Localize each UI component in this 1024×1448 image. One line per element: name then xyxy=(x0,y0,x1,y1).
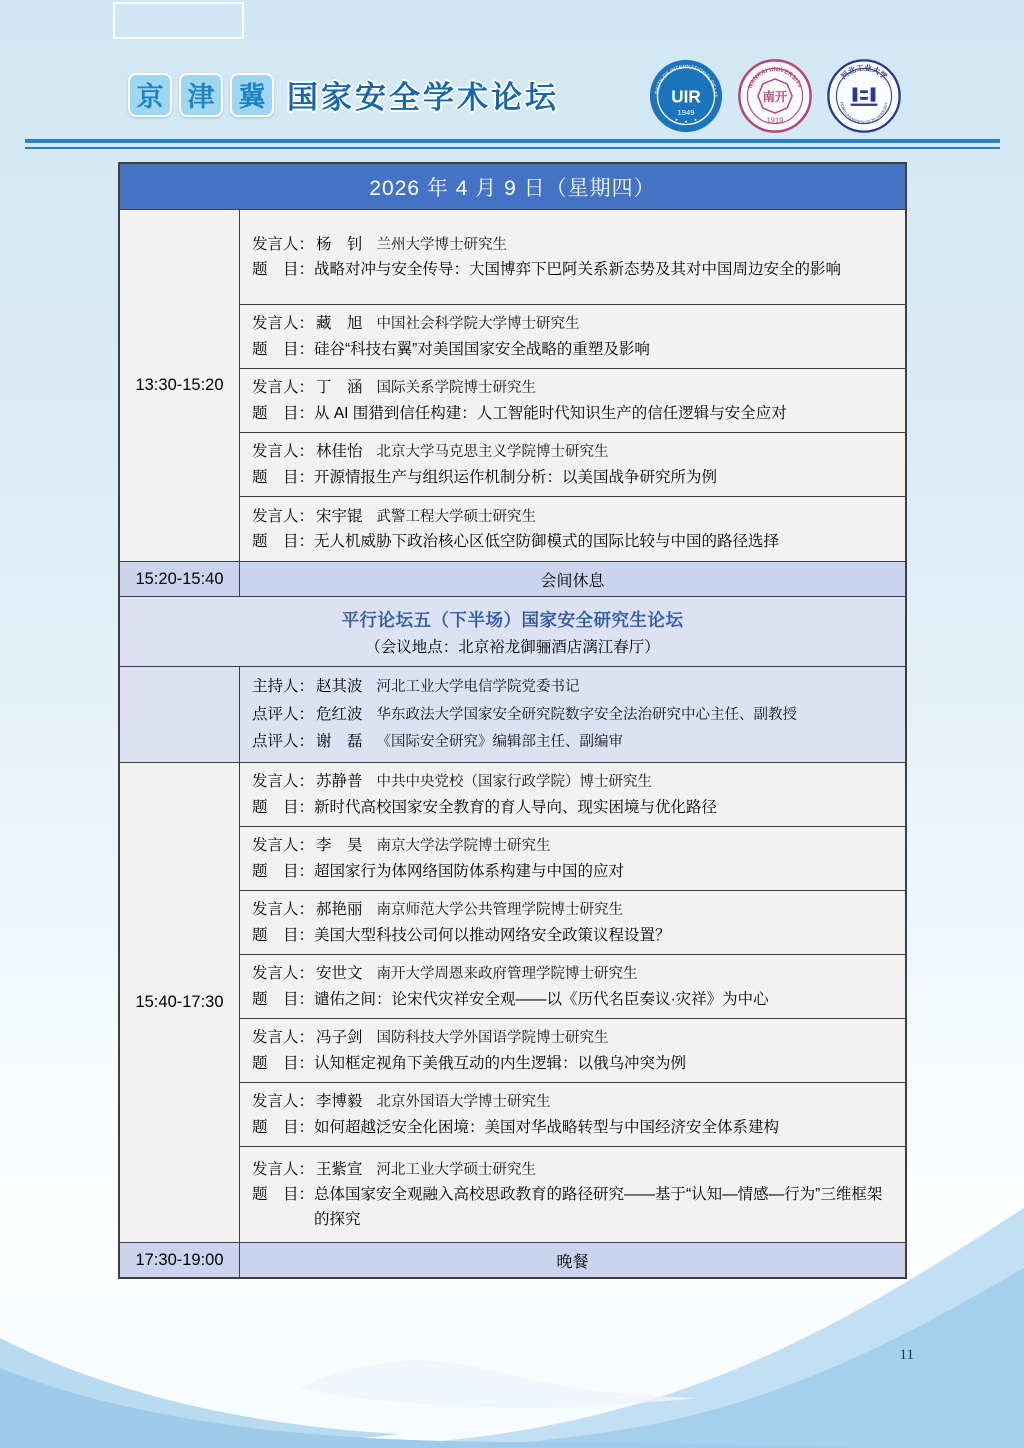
speaker-name: 冯子剑 xyxy=(316,1025,363,1050)
topic-label: 题 目： xyxy=(252,1115,314,1140)
topic-label: 题 目： xyxy=(252,257,314,282)
agenda-table: 2026 年 4 月 9 日（星期四） 13:30-15:20 发言人： 杨 钊… xyxy=(118,162,907,1279)
panel-row: 点评人： 谢 磊 《国际安全研究》编辑部主任、副编审 xyxy=(252,728,895,756)
speaker-name: 宋宇锟 xyxy=(316,504,363,529)
speaker-label: 发言人： xyxy=(252,769,314,794)
speaker-row: 发言人： 藏 旭 中国社会科学院大学博士研究生 题 目： 硅谷“科技右翼”对美国… xyxy=(240,305,905,369)
topic-text: 开源情报生产与组织运作机制分析：以美国战争研究所为例 xyxy=(314,465,895,490)
commentator-label: 点评人： xyxy=(252,701,314,729)
topic-label: 题 目： xyxy=(252,465,314,490)
speaker-label: 发言人： xyxy=(252,504,314,529)
program-page: 京 津 冀 国家安全学术论坛 UNIVERSITY OF INTERNATION… xyxy=(0,0,1024,1448)
svg-text:1949: 1949 xyxy=(678,108,695,117)
topic-text: 无人机威胁下政治核心区低空防御模式的国际比较与中国的路径选择 xyxy=(314,529,895,554)
host-affiliation: 河北工业大学电信学院党委书记 xyxy=(377,675,580,701)
commentator-name: 危红波 xyxy=(316,701,363,729)
speaker-affiliation: 中共中央党校（国家行政学院）博士研究生 xyxy=(377,771,653,794)
speaker-label: 发言人： xyxy=(252,375,314,400)
speaker-affiliation: 河北工业大学硕士研究生 xyxy=(377,1159,537,1182)
nankai-logo-icon: NANKAI UNIVERSITY 南开 1919 xyxy=(737,58,813,134)
panel-row: 主持人： 赵其波 河北工业大学电信学院党委书记 xyxy=(252,673,895,701)
speaker-label: 发言人： xyxy=(252,1157,314,1182)
speaker-row: 发言人： 郝艳丽 南京师范大学公共管理学院博士研究生 题 目： 美国大型科技公司… xyxy=(240,891,905,955)
topic-text: 美国大型科技公司何以推动网络安全政策议程设置？ xyxy=(314,923,895,948)
speaker-row: 发言人： 安世文 南开大学周恩来政府管理学院博士研究生 题 目： 谴佑之间：论宋… xyxy=(240,955,905,1019)
top-corner-box xyxy=(113,2,244,39)
break-row: 15:20-15:40 会间休息 xyxy=(120,562,905,597)
topic-label: 题 目： xyxy=(252,923,314,948)
topic-label: 题 目： xyxy=(252,987,314,1012)
speaker-row: 发言人： 宋宇锟 武警工程大学硕士研究生 题 目： 无人机威胁下政治核心区低空防… xyxy=(240,497,905,561)
speaker-label: 发言人： xyxy=(252,833,314,858)
panel-block: 主持人： 赵其波 河北工业大学电信学院党委书记 点评人： 危红波 华东政法大学国… xyxy=(120,667,905,763)
session1-time: 13:30-15:20 xyxy=(120,210,240,561)
brand-boxchar: 津 xyxy=(179,73,223,117)
speaker-affiliation: 武警工程大学硕士研究生 xyxy=(377,506,537,529)
speaker-label: 发言人： xyxy=(252,1025,314,1050)
topic-text: 硅谷“科技右翼”对美国国家安全战略的重塑及影响 xyxy=(314,337,895,362)
speaker-affiliation: 南京师范大学公共管理学院博士研究生 xyxy=(377,899,624,922)
speaker-label: 发言人： xyxy=(252,439,314,464)
forum-brand-logo: 京 津 冀 国家安全学术论坛 xyxy=(128,72,559,117)
speaker-name: 李博毅 xyxy=(316,1089,363,1114)
speaker-row: 发言人： 苏静普 中共中央党校（国家行政学院）博士研究生 题 目： 新时代高校国… xyxy=(240,763,905,827)
topic-label: 题 目： xyxy=(252,795,314,820)
speaker-row: 发言人： 冯子剑 国防科技大学外国语学院博士研究生 题 目： 认知框定视角下美俄… xyxy=(240,1019,905,1083)
svg-text:UIR: UIR xyxy=(671,88,700,107)
brand-boxchar: 京 xyxy=(128,73,172,117)
topic-text: 认知框定视角下美俄互动的内生逻辑：以俄乌冲突为例 xyxy=(314,1051,895,1076)
topic-text: 战略对冲与安全传导：大国博弈下巴阿关系新态势及其对中国周边安全的影响 xyxy=(314,257,895,282)
svg-text:南开: 南开 xyxy=(763,89,788,104)
forum-location: （会议地点：北京裕龙御骊酒店漓江春厅） xyxy=(365,635,660,657)
panel-row: 点评人： 危红波 华东政法大学国家安全研究院数字安全法治研究中心主任、副教授 xyxy=(252,701,895,729)
forum-title-row: 平行论坛五（下半场）国家安全研究生论坛 （会议地点：北京裕龙御骊酒店漓江春厅） xyxy=(120,597,905,667)
topic-text: 谴佑之间：论宋代灾祥安全观——以《历代名臣奏议·灾祥》为中心 xyxy=(314,987,895,1012)
uir-logo-icon: UNIVERSITY OF INTERNATIONAL RELATIONS UI… xyxy=(648,58,724,134)
speaker-row: 发言人： 李博毅 北京外国语大学博士研究生 题 目： 如何超越泛安全化困境：美国… xyxy=(240,1083,905,1147)
speaker-name: 李 昊 xyxy=(316,833,363,858)
speaker-label: 发言人： xyxy=(252,961,314,986)
session2-time: 15:40-17:30 xyxy=(120,763,240,1242)
panel-time-empty xyxy=(120,667,240,762)
commentator-affiliation: 华东政法大学国家安全研究院数字安全法治研究中心主任、副教授 xyxy=(377,703,798,729)
speaker-name: 苏静普 xyxy=(316,769,363,794)
speaker-row: 发言人： 李 昊 南京大学法学院博士研究生 题 目： 超国家行为体网络国防体系构… xyxy=(240,827,905,891)
session2-block: 15:40-17:30 发言人： 苏静普 中共中央党校（国家行政学院）博士研究生… xyxy=(120,763,905,1243)
commentator-label: 点评人： xyxy=(252,728,314,756)
speaker-name: 郝艳丽 xyxy=(316,897,363,922)
topic-label: 题 目： xyxy=(252,859,314,884)
speaker-label: 发言人： xyxy=(252,897,314,922)
host-label: 主持人： xyxy=(252,673,314,701)
speaker-affiliation: 中国社会科学院大学博士研究生 xyxy=(377,313,580,336)
break-time: 15:20-15:40 xyxy=(120,562,240,596)
topic-text: 如何超越泛安全化困境：美国对华战略转型与中国经济安全体系建构 xyxy=(314,1115,895,1140)
speaker-affiliation: 南开大学周恩来政府管理学院博士研究生 xyxy=(377,963,638,986)
topic-label: 题 目： xyxy=(252,1051,314,1076)
page-number: 11 xyxy=(900,1347,914,1364)
hebut-logo-icon: 河北工业大学 HEBEI UNIVERSITY OF TECHNOLOGY xyxy=(826,58,902,134)
topic-text: 新时代高校国家安全教育的育人导向、现实困境与优化路径 xyxy=(314,795,895,820)
topic-label: 题 目： xyxy=(252,337,314,362)
header-divider-rule xyxy=(25,139,1000,149)
speaker-label: 发言人： xyxy=(252,311,314,336)
speaker-name: 安世文 xyxy=(316,961,363,986)
speaker-name: 林佳怡 xyxy=(316,439,363,464)
speaker-row: 发言人： 杨 钊 兰州大学博士研究生 题 目： 战略对冲与安全传导：大国博弈下巴… xyxy=(240,210,905,305)
speaker-affiliation: 北京外国语大学博士研究生 xyxy=(377,1091,551,1114)
speaker-affiliation: 南京大学法学院博士研究生 xyxy=(377,835,551,858)
university-logos: UNIVERSITY OF INTERNATIONAL RELATIONS UI… xyxy=(648,58,902,134)
break-label: 会间休息 xyxy=(240,562,905,596)
forum-title: 平行论坛五（下半场）国家安全研究生论坛 xyxy=(342,607,684,632)
brand-text: 国家安全学术论坛 xyxy=(287,72,559,117)
speaker-name: 杨 钊 xyxy=(316,232,363,257)
speaker-name: 丁 涵 xyxy=(316,375,363,400)
brand-boxchar: 冀 xyxy=(230,73,274,117)
date-header: 2026 年 4 月 9 日（星期四） xyxy=(120,164,905,210)
speaker-row: 发言人： 丁 涵 国际关系学院博士研究生 题 目： 从 AI 围猎到信任构建：人… xyxy=(240,369,905,433)
commentator-name: 谢 磊 xyxy=(316,728,363,756)
topic-label: 题 目： xyxy=(252,529,314,554)
speaker-label: 发言人： xyxy=(252,232,314,257)
topic-text: 超国家行为体网络国防体系构建与中国的应对 xyxy=(314,859,895,884)
session1-block: 13:30-15:20 发言人： 杨 钊 兰州大学博士研究生 题 目： 战略对冲… xyxy=(120,210,905,562)
speaker-name: 藏 旭 xyxy=(316,311,363,336)
bottom-wave-decoration xyxy=(0,1198,1024,1448)
svg-text:1919: 1919 xyxy=(767,116,784,125)
speaker-label: 发言人： xyxy=(252,1089,314,1114)
topic-label: 题 目： xyxy=(252,401,314,426)
speaker-affiliation: 国际关系学院博士研究生 xyxy=(377,377,537,400)
topic-text: 从 AI 围猎到信任构建：人工智能时代知识生产的信任逻辑与安全应对 xyxy=(314,401,895,426)
speaker-name: 王紫宣 xyxy=(316,1157,363,1182)
host-name: 赵其波 xyxy=(316,673,363,701)
speaker-affiliation: 国防科技大学外国语学院博士研究生 xyxy=(377,1027,609,1050)
speaker-affiliation: 北京大学马克思主义学院博士研究生 xyxy=(377,441,609,464)
commentator-affiliation: 《国际安全研究》编辑部主任、副编审 xyxy=(377,730,624,756)
speaker-affiliation: 兰州大学博士研究生 xyxy=(377,234,508,257)
speaker-row: 发言人： 林佳怡 北京大学马克思主义学院博士研究生 题 目： 开源情报生产与组织… xyxy=(240,433,905,497)
